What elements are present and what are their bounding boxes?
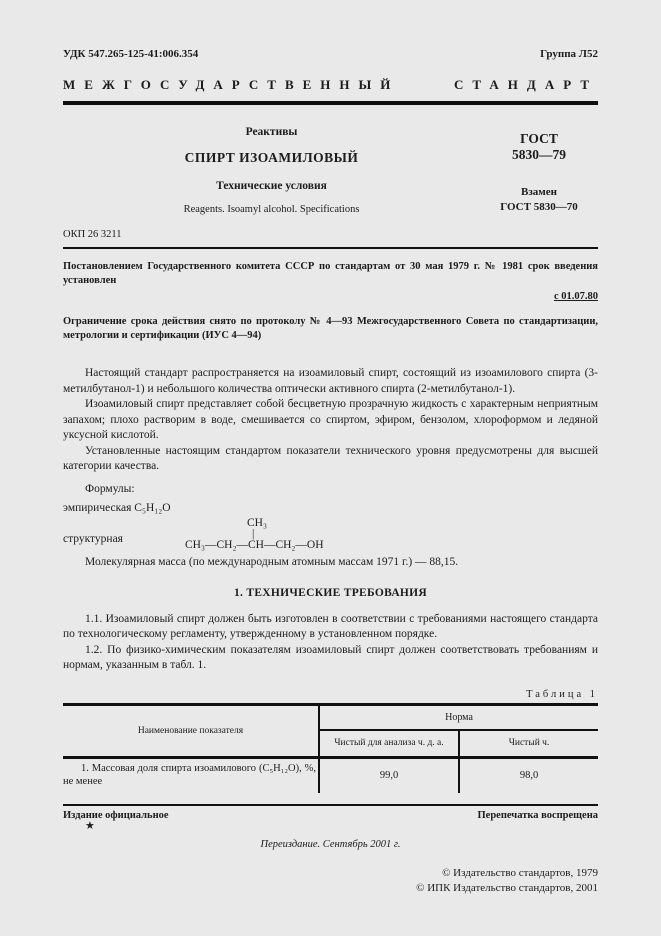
footer-row: Издание официальное Перепечатка воспреще… bbox=[63, 810, 598, 821]
column-header-pure: Чистый ч. bbox=[460, 731, 598, 756]
effective-date: с 01.07.80 bbox=[63, 291, 598, 302]
row-value-pure: 98,0 bbox=[460, 759, 598, 793]
group-code: Группа Л52 bbox=[540, 48, 598, 60]
document-subtitle: Технические условия bbox=[63, 180, 480, 192]
intro-paragraph-3: Установленные настоящим стандартом показ… bbox=[63, 444, 598, 475]
limitation-text: Ограничение срока действия снято по прот… bbox=[63, 315, 598, 343]
title-block: Реактивы СПИРТ ИЗОАМИЛОВЫЙ Технические у… bbox=[63, 119, 598, 215]
gost-number-block: ГОСТ 5830—79 Взамен ГОСТ 5830—70 bbox=[480, 119, 598, 215]
copyright-2001: © ИПК Издательство стандартов, 2001 bbox=[63, 881, 598, 896]
gost-label: ГОСТ bbox=[480, 131, 598, 147]
structural-formula: CH₃ | CH₃—CH₂—CH—CH₂—OH bbox=[185, 517, 324, 552]
title-left-column: Реактивы СПИРТ ИЗОАМИЛОВЫЙ Технические у… bbox=[63, 119, 480, 215]
structural-label: структурная bbox=[63, 523, 185, 545]
empirical-formula: эмпирическая C₅H₁₂O bbox=[63, 502, 598, 514]
group-header-norm: Норма bbox=[320, 706, 598, 731]
footer-rule bbox=[63, 804, 598, 806]
molecular-mass: Молекулярная масса (по международным ато… bbox=[63, 556, 598, 568]
reissue-note: Переиздание. Сентябрь 2001 г. bbox=[63, 839, 598, 850]
decree-rule bbox=[63, 247, 598, 249]
table-body: 1. Массовая доля спирта изоамилового (C₅… bbox=[63, 756, 598, 793]
gost-document-page: УДК 547.265-125-41:006.354 Группа Л52 МЕ… bbox=[0, 0, 661, 936]
sub-headers-row: Чистый для анализа ч. д. а. Чистый ч. bbox=[320, 731, 598, 756]
structural-formula-block: структурная CH₃ | CH₃—CH₂—CH—CH₂—OH bbox=[63, 517, 598, 552]
copyright-block: © Издательство стандартов, 1979 © ИПК Из… bbox=[63, 866, 598, 896]
intro-paragraph-2: Изоамиловый спирт представляет собой бес… bbox=[63, 397, 598, 444]
formula-bond: | bbox=[185, 530, 324, 539]
table-row: 1. Массовая доля спирта изоамилового (C₅… bbox=[63, 759, 598, 793]
formula-methyl-branch: CH₃ bbox=[185, 517, 324, 530]
classification-row: УДК 547.265-125-41:006.354 Группа Л52 bbox=[63, 48, 598, 60]
replaces-number: ГОСТ 5830—70 bbox=[480, 200, 598, 215]
formula-main-chain: CH₃—CH₂—CH—CH₂—OH bbox=[185, 539, 324, 552]
row-indicator-name: 1. Массовая доля спирта изоамилового (C₅… bbox=[63, 759, 320, 793]
category-label: Реактивы bbox=[63, 126, 480, 138]
standard-type-title: МЕЖГОСУДАРСТВЕННЫЙ СТАНДАРТ bbox=[63, 77, 598, 93]
udk-code: УДК 547.265-125-41:006.354 bbox=[63, 48, 198, 60]
table-1: Наименование показателя Норма Чистый для… bbox=[63, 703, 598, 793]
norm-header-group: Норма Чистый для анализа ч. д. а. Чистый… bbox=[320, 706, 598, 756]
row-value-pure-analysis: 99,0 bbox=[320, 759, 460, 793]
document-title-english: Reagents. Isoamyl alcohol. Specification… bbox=[63, 204, 480, 215]
replaces-label: Взамен bbox=[480, 185, 598, 200]
column-header-pure-analysis: Чистый для анализа ч. д. а. bbox=[320, 731, 460, 756]
reprint-prohibited-label: Перепечатка воспрещена bbox=[478, 810, 598, 821]
official-edition-label: Издание официальное bbox=[63, 810, 169, 821]
gost-number: 5830—79 bbox=[480, 147, 598, 163]
clause-1-2: 1.2. По физико-химическим показателям из… bbox=[63, 643, 598, 674]
table-header: Наименование показателя Норма Чистый для… bbox=[63, 706, 598, 756]
header-rule bbox=[63, 101, 598, 105]
okp-code: ОКП 26 3211 bbox=[63, 229, 598, 240]
document-title: СПИРТ ИЗОАМИЛОВЫЙ bbox=[63, 150, 480, 166]
intro-paragraph-1: Настоящий стандарт распространяется на и… bbox=[63, 366, 598, 397]
clause-1-1: 1.1. Изоамиловый спирт должен быть изгот… bbox=[63, 612, 598, 643]
column-header-name: Наименование показателя bbox=[63, 706, 320, 756]
copyright-1979: © Издательство стандартов, 1979 bbox=[63, 866, 598, 881]
decree-text: Постановлением Государственного комитета… bbox=[63, 260, 598, 288]
formulas-label: Формулы: bbox=[63, 483, 598, 495]
table-1-label: Таблица 1 bbox=[63, 689, 598, 700]
section-1-heading: 1. ТЕХНИЧЕСКИЕ ТРЕБОВАНИЯ bbox=[63, 587, 598, 599]
star-icon: ★ bbox=[85, 821, 598, 832]
